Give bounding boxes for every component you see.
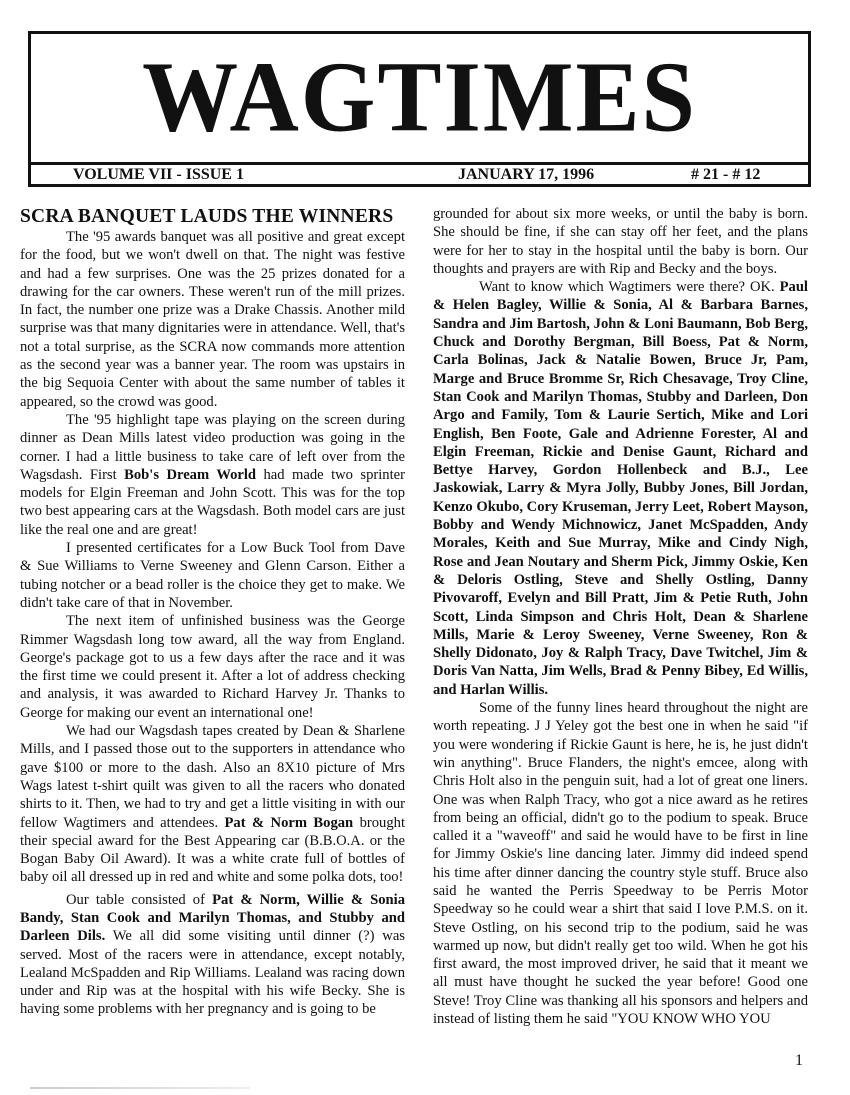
paragraph: The '95 awards banquet was all positive … [20,228,405,411]
article-headline: SCRA BANQUET LAUDS THE WINNERS [20,206,405,228]
attendee-list: Paul & Helen Bagley, Willie & Sonia, Al … [433,279,808,698]
newsletter-title: WAGTIMES [31,39,808,155]
masthead-info-bar: VOLUME VII - ISSUE 1 JANUARY 17, 1996 # … [31,162,808,184]
text-run: Want to know which Wagtimers were there?… [479,279,780,295]
bold-text-run: Bob's Dream World [124,467,256,483]
page-number: 1 [795,1052,803,1070]
paragraph: The next item of unfinished business was… [20,612,405,722]
paragraph: Some of the funny lines heard throughout… [433,699,808,1028]
paragraph: grounded for about six more weeks, or un… [433,205,808,278]
paragraph: Our table consisted of Pat & Norm, Willi… [20,891,405,1019]
right-column: grounded for about six more weeks, or un… [433,205,808,1028]
paragraph: The '95 highlight tape was playing on th… [20,411,405,539]
issue-date: JANUARY 17, 1996 [458,165,594,185]
masthead: WAGTIMES VOLUME VII - ISSUE 1 JANUARY 17… [28,31,811,187]
issue-numbers: # 21 - # 12 [691,165,760,185]
text-run: Our table consisted of [66,892,212,908]
scan-edge-divider [30,1087,250,1089]
paragraph: I presented certificates for a Low Buck … [20,539,405,612]
volume-issue: VOLUME VII - ISSUE 1 [73,165,244,185]
paragraph: Want to know which Wagtimers were there?… [433,278,808,699]
bold-text-run: Pat & Norm Bogan [225,815,354,831]
left-column: SCRA BANQUET LAUDS THE WINNERS The '95 a… [20,206,405,1019]
paragraph: We had our Wagsdash tapes created by Dea… [20,722,405,887]
